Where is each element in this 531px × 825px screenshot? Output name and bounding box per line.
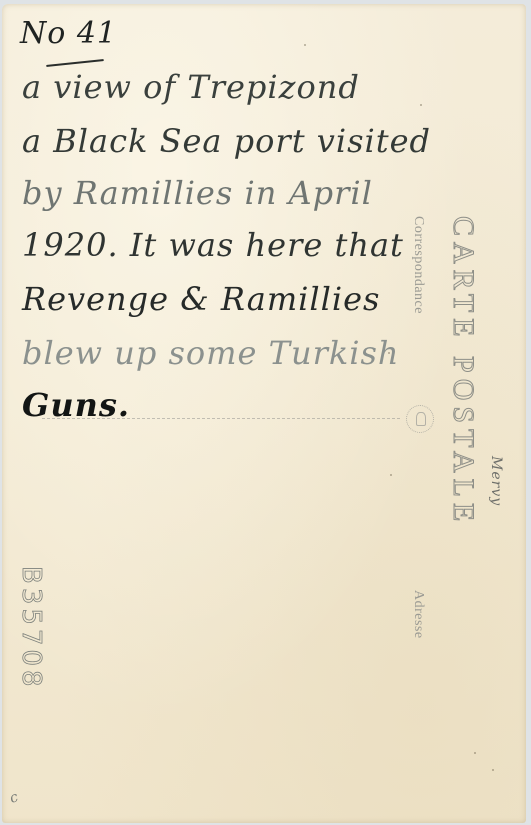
archive-number: B35708 <box>16 566 46 691</box>
adresse-label: Adresse <box>410 590 426 639</box>
message-line-5: Revenge & Ramillies <box>22 280 380 318</box>
message-line-3: by Ramillies in April <box>22 174 373 212</box>
paper-speck <box>388 352 390 354</box>
message-line-1: a view of Trepizond <box>22 68 360 106</box>
message-line-6: blew up some Turkish <box>22 334 400 372</box>
reference-underline <box>46 59 104 67</box>
correspondance-label: Correspondance <box>410 216 426 314</box>
paper-speck <box>304 44 306 46</box>
pencil-note: Mervy <box>488 456 504 506</box>
postcard-back: No 41 a view of Trepizond a Black Sea po… <box>2 4 526 823</box>
postcard-scan: No 41 a view of Trepizond a Black Sea po… <box>0 0 531 825</box>
corner-mark: c <box>8 789 21 807</box>
paper-speck <box>474 752 476 754</box>
paper-speck <box>492 769 494 771</box>
reference-number: No 41 <box>20 16 117 51</box>
paper-speck <box>420 104 422 106</box>
paper-speck <box>390 474 392 476</box>
carte-postale-title: CARTE POSTALE <box>446 216 480 527</box>
publisher-emblem-icon <box>406 405 434 433</box>
message-line-4: 1920. It was here that <box>22 226 404 264</box>
message-line-2: a Black Sea port visited <box>22 122 431 160</box>
printed-divider-line <box>42 418 400 419</box>
